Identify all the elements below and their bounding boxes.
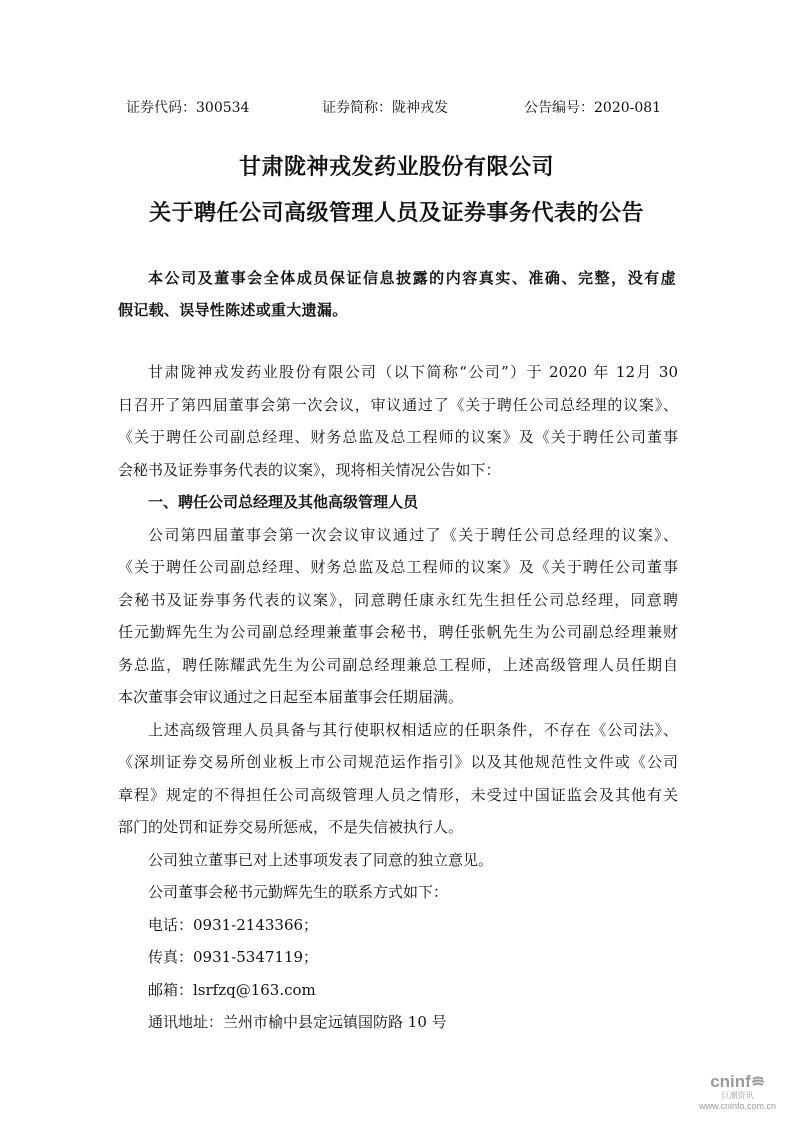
paragraph-line: 章程》规定的不得担任公司高级管理人员之情形，未受过中国证监会及其他有关 bbox=[118, 779, 678, 812]
paragraph-line: 本次董事会审议通过之日起至本届董事会任期届满。 bbox=[118, 681, 678, 714]
company-title: 甘肃陇神戎发药业股份有限公司 bbox=[0, 150, 793, 181]
paragraph-line: 《关于聘任公司副总经理、财务总监及总工程师的议案》及《关于聘任公司董事 bbox=[118, 551, 678, 584]
disclaimer-notice: 本公司及董事会全体成员保证信息披露的内容真实、准确、完整，没有虚 假记载、误导性… bbox=[118, 262, 676, 326]
document-header: 证券代码：300534 证券简称：陇神戎发 公告编号：2020-081 bbox=[126, 97, 686, 117]
announcement-number: 公告编号：2020-081 bbox=[524, 97, 661, 117]
contact-intro: 公司董事会秘书元勤辉先生的联系方式如下： bbox=[118, 876, 678, 909]
intro-line: 会秘书及证券事务代表的议案》，现将相关情况公告如下： bbox=[118, 454, 678, 487]
stock-code: 证券代码：300534 bbox=[126, 97, 249, 117]
paragraph-line: 公司第四届董事会第一次会议审议通过了《关于聘任公司总经理的议案》、 bbox=[118, 519, 678, 552]
intro-line: 《关于聘任公司副总经理、财务总监及总工程师的议案》及《关于聘任公司董事 bbox=[118, 421, 678, 454]
contact-address: 通讯地址：兰州市榆中县定远镇国防路 10 号 bbox=[118, 1006, 678, 1039]
document-body: 甘肃陇神戎发药业股份有限公司（以下简称“公司”）于 2020 年 12月 30 … bbox=[118, 356, 678, 1039]
paragraph-line: 部门的处罚和证券交易所惩戒，不是失信被执行人。 bbox=[118, 811, 678, 844]
intro-line: 日召开了第四届董事会第一次会议，审议通过了《关于聘任公司总经理的议案》、 bbox=[118, 389, 678, 422]
watermark-url: www.cninfo.com.cn bbox=[690, 1101, 785, 1112]
paragraph-line: 任元勤辉先生为公司副总经理兼董事会秘书，聘任张帆先生为公司副总经理兼财 bbox=[118, 616, 678, 649]
cninfo-logo-icon bbox=[751, 1076, 765, 1088]
independent-opinion: 公司独立董事已对上述事项发表了同意的独立意见。 bbox=[118, 844, 678, 877]
cninfo-watermark: cninf 巨潮资讯 www.cninfo.com.cn bbox=[690, 1073, 785, 1112]
paragraph-line: 上述高级管理人员具备与其行使职权相适应的任职条件，不存在《公司法》、 bbox=[118, 714, 678, 747]
paragraph-line: 会秘书及证券事务代表的议案》，同意聘任康永红先生担任公司总经理，同意聘 bbox=[118, 584, 678, 617]
announcement-title: 关于聘任公司高级管理人员及证券事务代表的公告 bbox=[0, 196, 793, 227]
contact-fax: 传真：0931-5347119； bbox=[118, 941, 678, 974]
contact-phone: 电话：0931-2143366； bbox=[118, 909, 678, 942]
intro-line: 甘肃陇神戎发药业股份有限公司（以下简称“公司”）于 2020 年 12月 30 bbox=[118, 356, 678, 389]
disclaimer-line-1: 本公司及董事会全体成员保证信息披露的内容真实、准确、完整，没有虚 bbox=[118, 262, 676, 294]
disclaimer-line-2: 假记载、误导性陈述或重大遗漏。 bbox=[118, 294, 676, 326]
paragraph-line: 务总监，聘任陈耀武先生为公司副总经理兼总工程师，上述高级管理人员任期自 bbox=[118, 649, 678, 682]
stock-name: 证券简称：陇神戎发 bbox=[322, 97, 448, 117]
watermark-brand: cninf bbox=[690, 1073, 785, 1091]
section-heading: 一、聘任公司总经理及其他高级管理人员 bbox=[118, 486, 678, 519]
paragraph-line: 《深圳证券交易所创业板上市公司规范运作指引》以及其他规范性文件或《公司 bbox=[118, 746, 678, 779]
watermark-cn-name: 巨潮资讯 bbox=[690, 1091, 785, 1101]
watermark-brand-text: cninf bbox=[710, 1072, 751, 1091]
contact-email: 邮箱：lsrfzq@163.com bbox=[118, 974, 678, 1007]
